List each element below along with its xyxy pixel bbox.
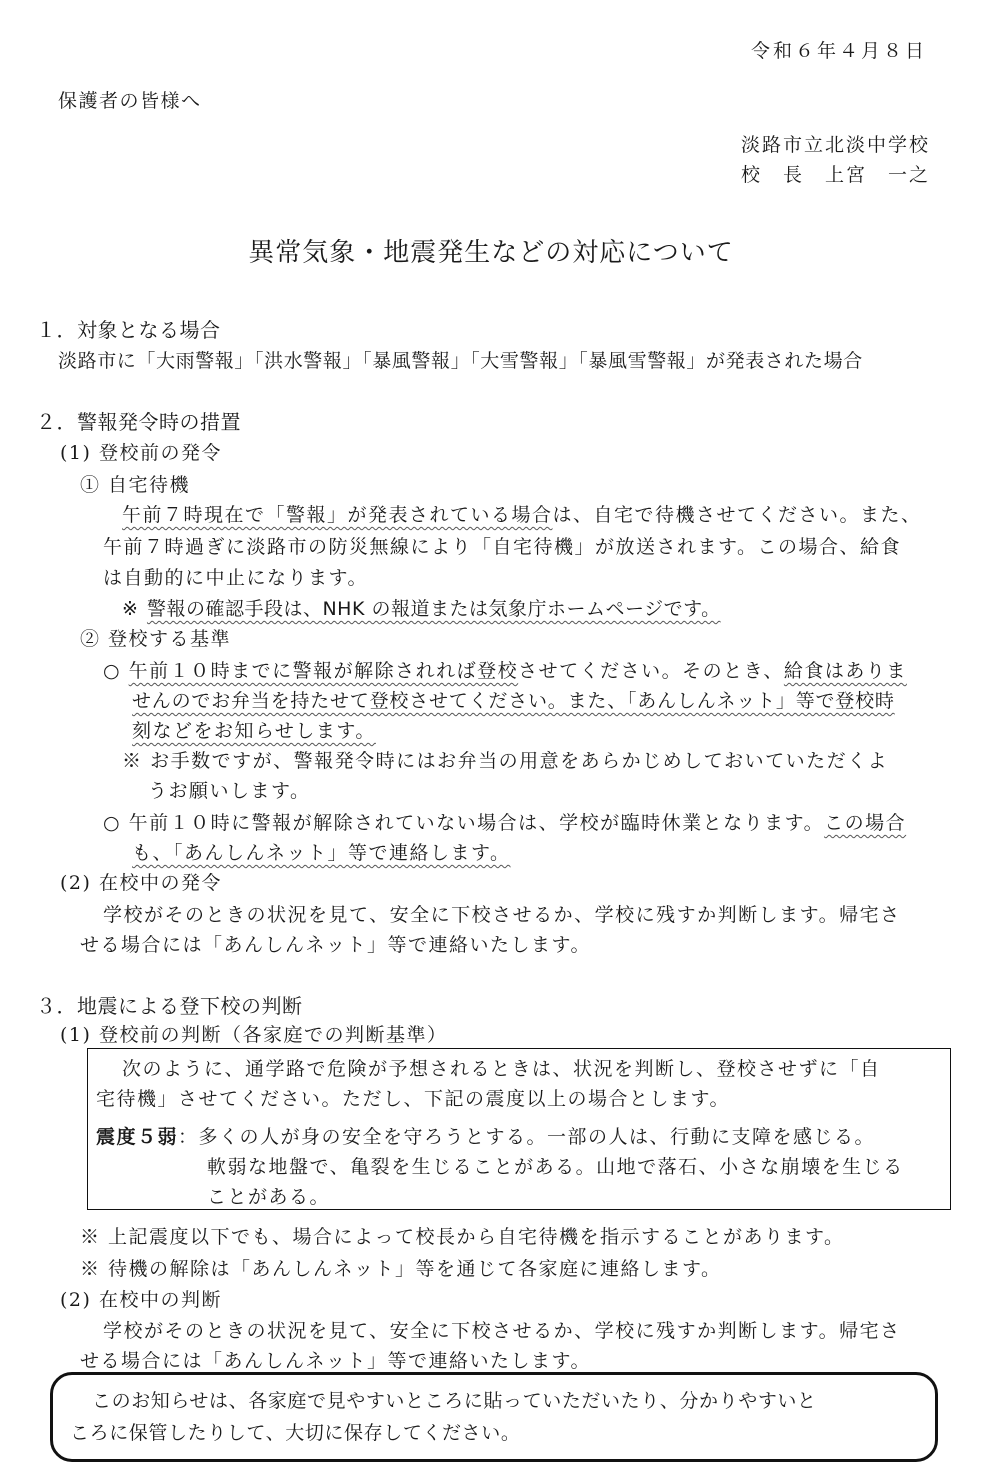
section1-body: 淡路市に「大雨警報」「洪水警報」「暴風警報」「大雪警報」「暴風雪警報」が発表され… xyxy=(58,346,863,373)
recipient: 保護者の皆様へ xyxy=(58,86,202,113)
section3-sub2-heading: (2) 在校中の判断 xyxy=(60,1285,222,1312)
document-title: 異常気象・地震発生などの対応について xyxy=(0,232,982,269)
section2-item2-bullet1-line2: せんのでお弁当を持たせて登校させてください。また、「あんしんネット」等で登校時 xyxy=(132,686,895,713)
section3-sub2-line2: せる場合には「あんしんネット」等で連絡いたします。 xyxy=(80,1346,591,1373)
section2-item2-heading: ② 登校する基準 xyxy=(80,624,231,651)
section2-item2-note-line2: うお願いします。 xyxy=(148,776,310,803)
intensity-label: 震度５弱 xyxy=(96,1126,178,1148)
section2-heading: ２．警報発令時の措置 xyxy=(36,406,241,435)
section2-sub1-heading: (1) 登校前の発令 xyxy=(60,438,222,465)
intensity-line2: 軟弱な地盤で、亀裂を生じることがある。山地で落石、小さな崩壊を生じる xyxy=(207,1152,904,1179)
intensity-row: 震度５弱：多くの人が身の安全を守ろうとする。一部の人は、行動に支障を感じる。 xyxy=(96,1122,875,1149)
section3-note2: ※ 待機の解除は「あんしんネット」等を通じて各家庭に連絡します。 xyxy=(80,1254,722,1281)
section2-item1-line3: は自動的に中止になります。 xyxy=(103,563,368,590)
section2-item2-note-line1: ※ お手数ですが、警報発令時にはお弁当の用意をあらかじめしておいていただくよ xyxy=(122,746,888,773)
section2-item2-bullet1-line3: 刻などをお知らせします。 xyxy=(132,716,376,743)
section2-item1-line2: 午前７時過ぎに淡路市の防災無線により「自宅待機」が放送されます。この場合、給食 xyxy=(103,532,901,559)
section3-note1: ※ 上記震度以下でも、場合によって校長から自宅待機を指示することがあります。 xyxy=(80,1222,845,1249)
notice-line2: ころに保管したりして、大切に保存してください。 xyxy=(70,1418,520,1445)
underlined-text: 午前７時現在で「警報」が発表されている場合 xyxy=(122,504,553,526)
notice-line1: このお知らせは、各家庭で見やすいところに貼っていただいたり、分かりやすいと xyxy=(92,1386,817,1413)
section3-heading: ３．地震による登下校の判断 xyxy=(36,990,303,1019)
section3-sub1-heading: (1) 登校前の判断（各家庭での判断基準） xyxy=(60,1020,447,1047)
document-date: 令和６年４月８日 xyxy=(751,36,927,63)
section2-sub2-line1: 学校がそのときの状況を見て、安全に下校させるか、学校に残すか判断します。帰宅さ xyxy=(103,900,901,927)
intensity-line3: ことがある。 xyxy=(207,1182,330,1209)
section2-item2-bullet2-line2: も、「あんしんネット」等で連絡します。 xyxy=(132,838,510,865)
section3-sub2-line1: 学校がそのときの状況を見て、安全に下校させるか、学校に残すか判断します。帰宅さ xyxy=(103,1316,901,1343)
sender-school: 淡路市立北淡中学校 xyxy=(741,130,930,157)
section2-sub2-heading: (2) 在校中の発令 xyxy=(60,868,222,895)
section2-item2-bullet1-line1: ○ 午前１０時までに警報が解除されれば登校させてください。そのとき、給食はありま xyxy=(103,656,907,683)
section2-sub2-line2: せる場合には「あんしんネット」等で連絡いたします。 xyxy=(80,930,591,957)
section2-item1-heading: ① 自宅待機 xyxy=(80,470,190,497)
box-line1: 次のように、通学路で危険が予想されるときは、状況を判断し、登校させずに「自 xyxy=(122,1054,881,1081)
box-line2: 宅待機」させてください。ただし、下記の震度以上の場合とします。 xyxy=(96,1084,730,1111)
section2-item1-note: ※ 警報の確認手段は、NHK の報道または気象庁ホームページです。 xyxy=(122,594,721,621)
section1-heading: １．対象となる場合 xyxy=(36,314,221,343)
section2-item2-bullet2-line1: ○ 午前１０時に警報が解除されていない場合は、学校が臨時休業となります。この場合 xyxy=(103,808,906,835)
sender-principal: 校 長 上宮 一之 xyxy=(741,160,930,187)
section2-item1-line1: 午前７時現在で「警報」が発表されている場合は、自宅で待機させてください。また、 xyxy=(122,500,922,527)
